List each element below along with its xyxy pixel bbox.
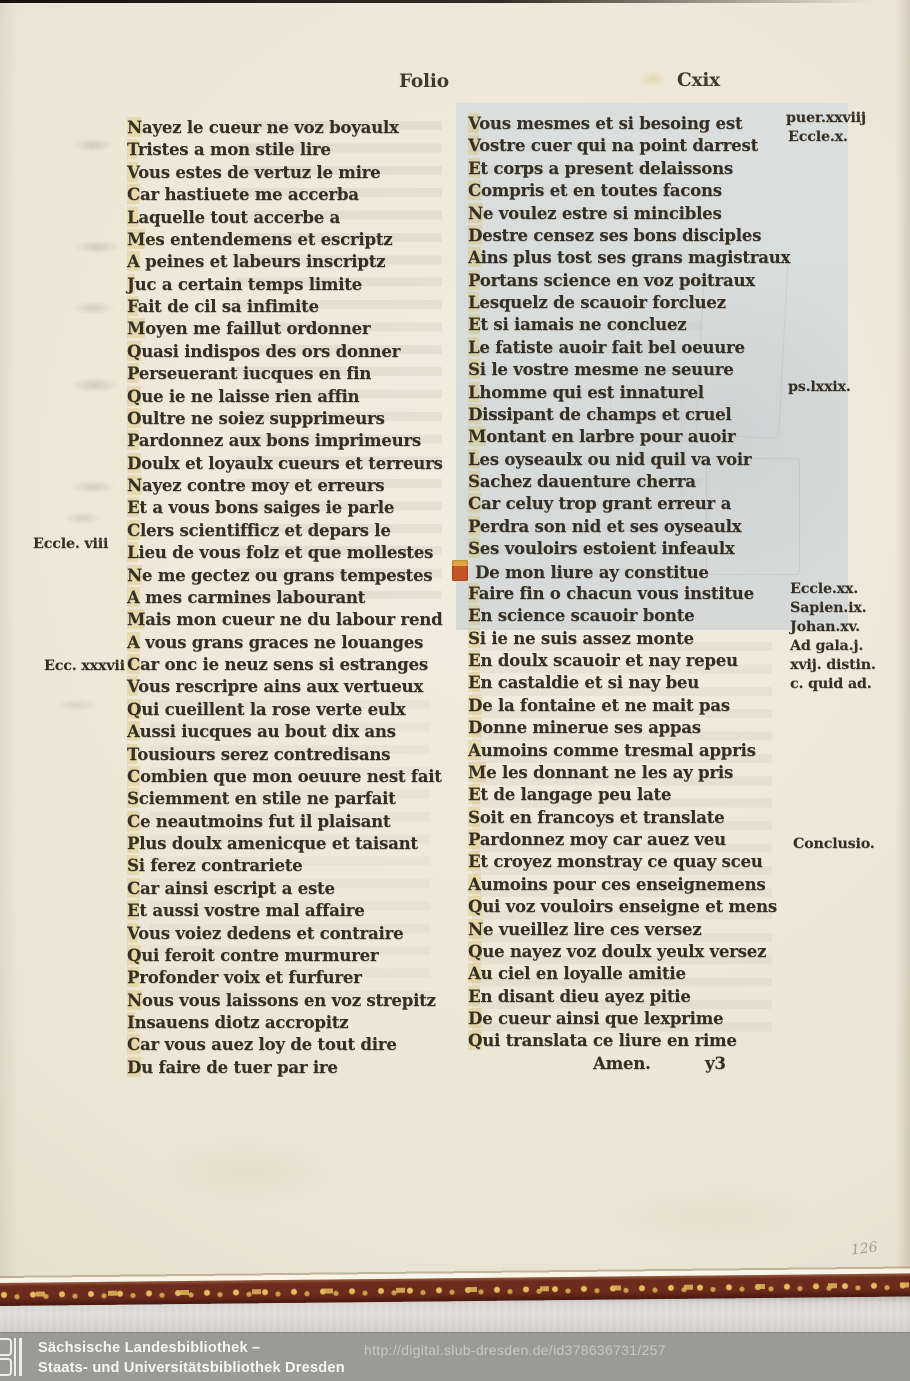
verse-line: En disant dieu ayez pitie bbox=[468, 985, 808, 1007]
verse-line: Perseuerant iucques en fin bbox=[127, 362, 462, 384]
verse-line: A peines et labeurs inscriptz bbox=[127, 250, 462, 272]
verse-line: A mes carmines labourant bbox=[127, 586, 462, 608]
verse-line: Doulx et loyaulx cueurs et terreurs bbox=[127, 452, 462, 474]
verse-line: Oultre ne soiez supprimeurs bbox=[127, 407, 462, 429]
verse-line: Lhomme qui est innaturel bbox=[468, 381, 808, 403]
verse-line: Donne minerue ses appas bbox=[468, 716, 808, 738]
quire-signature-mark: y3 bbox=[705, 1052, 726, 1074]
margin-note: Sapien.ix. bbox=[790, 600, 866, 616]
verse-line: Qui cueillent la rose verte eulx bbox=[127, 698, 462, 720]
verse-line: De cueur ainsi que lexprime bbox=[468, 1007, 808, 1029]
verse-line: Vous rescripre ains aux vertueux bbox=[127, 675, 462, 697]
verse-line: Car ainsi escript a este bbox=[127, 877, 462, 899]
verse-line: Montant en larbre pour auoir bbox=[468, 425, 808, 447]
margin-note: Eccle.xx. bbox=[790, 581, 858, 597]
verse-line: Tristes a mon stile lire bbox=[127, 138, 462, 160]
margin-note: puer.xxviij bbox=[786, 110, 866, 126]
amen-text: Amen. bbox=[593, 1052, 651, 1074]
verse-line: Ses vouloirs estoient infeaulx bbox=[468, 537, 808, 559]
verse-line: Du faire de tuer par ire bbox=[127, 1056, 462, 1078]
verse-line: Nous vous laissons en voz strepitz bbox=[127, 989, 462, 1011]
library-name-line1: Sächsische Landesbibliothek – bbox=[38, 1338, 345, 1358]
verse-line: Qui voz vouloirs enseigne et mens bbox=[468, 895, 808, 917]
verse-line: Nayez le cueur ne voz boyaulx bbox=[127, 116, 462, 138]
verse-line: Qui feroit contre murmurer bbox=[127, 944, 462, 966]
margin-note: Eccle. viii bbox=[33, 536, 108, 552]
verse-line-with-initial: De mon liure ay constitue bbox=[468, 560, 808, 582]
verse-line: Juc a certain temps limite bbox=[127, 273, 462, 295]
paper-stain bbox=[560, 1170, 860, 1260]
verse-line: Le fatiste auoir fait bel oeuure bbox=[468, 336, 808, 358]
verse-line: Les oyseaulx ou nid quil va voir bbox=[468, 448, 808, 470]
verse-line: Ne voulez estre si mincibles bbox=[468, 202, 808, 224]
verse-line: Car vous auez loy de tout dire bbox=[127, 1033, 462, 1055]
verse-line: Si le vostre mesme ne seuure bbox=[468, 358, 808, 380]
verse-line: Vous estes de vertuz le mire bbox=[127, 161, 462, 183]
verse-line: Au ciel en loyalle amitie bbox=[468, 962, 808, 984]
scan-viewer: Folio Cxix Nayez le cueur ne voz boyaulx… bbox=[0, 0, 910, 1381]
verse-line: De mon liure ay constitue bbox=[475, 562, 709, 582]
library-banner: Sächsische Landesbibliothek – Staats- un… bbox=[0, 1332, 910, 1381]
verse-line: Mes entendemens et escriptz bbox=[127, 228, 462, 250]
verse-line: Ne me gectez ou grans tempestes bbox=[127, 564, 462, 586]
verse-line: Et a vous bons saiges ie parle bbox=[127, 496, 462, 518]
verse-line: Car celuy trop grant erreur a bbox=[468, 492, 808, 514]
verse-line: Car hastiuete me accerba bbox=[127, 183, 462, 205]
margin-note: c. quid ad. bbox=[790, 676, 872, 692]
verse-line: De la fontaine et ne mait pas bbox=[468, 694, 808, 716]
running-head-folio: Folio bbox=[399, 71, 449, 92]
verse-line: Aumoins pour ces enseignemens bbox=[468, 873, 808, 895]
verse-line: Vostre cuer qui na point darrest bbox=[468, 134, 808, 156]
running-head-folio-number: Cxix bbox=[677, 70, 720, 91]
verse-line: Lieu de vous folz et que mollestes bbox=[127, 541, 462, 563]
verse-line: Insauens diotz accropitz bbox=[127, 1011, 462, 1033]
verse-line: Nayez contre moy et erreurs bbox=[127, 474, 462, 496]
verse-line: Si ie ne suis assez monte bbox=[468, 627, 808, 649]
margin-note: ps.lxxix. bbox=[788, 379, 851, 395]
verse-line: Sciemment en stile ne parfait bbox=[127, 787, 462, 809]
verse-line: En science scauoir bonte bbox=[468, 604, 808, 626]
verse-line: Fait de cil sa infimite bbox=[127, 295, 462, 317]
verse-line: Que nayez voz doulx yeulx versez bbox=[468, 940, 808, 962]
verse-line: Portans science en voz poitraux bbox=[468, 269, 808, 291]
verse-list-right-a: Vous mesmes et si besoing estVostre cuer… bbox=[468, 112, 808, 560]
margin-note: Ad gala.j. bbox=[790, 638, 863, 654]
verse-line: Quasi indispos des ors donner bbox=[127, 340, 462, 362]
verse-line: Qui translata ce liure en rime bbox=[468, 1029, 808, 1051]
verse-line: Me les donnant ne les ay pris bbox=[468, 761, 808, 783]
verse-line: Laquelle tout accerbe a bbox=[127, 206, 462, 228]
margin-note: xvij. distin. bbox=[790, 657, 876, 673]
margin-note: Eccle.x. bbox=[788, 129, 848, 145]
verse-line: Sachez dauenture cherra bbox=[468, 470, 808, 492]
verse-line: Aumoins comme tresmal appris bbox=[468, 739, 808, 761]
library-name: Sächsische Landesbibliothek – Staats- un… bbox=[38, 1338, 345, 1378]
source-url: http://digital.slub-dresden.de/id3786367… bbox=[364, 1342, 666, 1358]
verse-line: Et si iamais ne concluez bbox=[468, 313, 808, 335]
verse-line: Pardonnez moy car auez veu bbox=[468, 828, 808, 850]
margin-note: Johan.xv. bbox=[790, 619, 860, 635]
verse-line: Dissipant de champs et cruel bbox=[468, 403, 808, 425]
verse-line: Plus doulx amenicque et taisant bbox=[127, 832, 462, 854]
verse-line: Mais mon cueur ne du labour rend bbox=[127, 608, 462, 630]
verse-line: Si ferez contrariete bbox=[127, 854, 462, 876]
paper-stain bbox=[120, 1120, 380, 1220]
verse-line: Ains plus tost ses grans magistraux bbox=[468, 246, 808, 268]
paper-stain bbox=[632, 66, 674, 92]
library-name-line2: Staats- und Universitätsbibliothek Dresd… bbox=[38, 1358, 345, 1378]
verse-line: En castaldie et si nay beu bbox=[468, 671, 808, 693]
verse-list-left: Nayez le cueur ne voz boyaulxTristes a m… bbox=[127, 116, 462, 1078]
verse-line: Perdra son nid et ses oyseaulx bbox=[468, 515, 808, 537]
verse-line: Pardonnez aux bons imprimeurs bbox=[127, 429, 462, 451]
verse-line: Clers scientifficz et depars le bbox=[127, 519, 462, 541]
verse-line: Aussi iucques au bout dix ans bbox=[127, 720, 462, 742]
verse-line: En doulx scauoir et nay repeu bbox=[468, 649, 808, 671]
verse-line: Soit en francoys et translate bbox=[468, 806, 808, 828]
slub-logo-icon bbox=[0, 1338, 30, 1376]
verse-line: Profonder voix et furfurer bbox=[127, 966, 462, 988]
verse-line: Et croyez monstray ce quay sceu bbox=[468, 850, 808, 872]
verse-line: Combien que mon oeuure nest fait bbox=[127, 765, 462, 787]
verse-line: Et aussi vostre mal affaire bbox=[127, 899, 462, 921]
verse-line: A vous grans graces ne louanges bbox=[127, 631, 462, 653]
verse-list-right-b: Faire fin o chacun vous institueEn scien… bbox=[468, 582, 808, 1052]
verse-line: Destre censez ses bons disciples bbox=[468, 224, 808, 246]
verse-line: Car onc ie neuz sens si estranges bbox=[127, 653, 462, 675]
verse-line: Vous voiez dedens et contraire bbox=[127, 922, 462, 944]
verse-line: Faire fin o chacun vous institue bbox=[468, 582, 808, 604]
verse-line: Lesquelz de scauoir forcluez bbox=[468, 291, 808, 313]
verse-line: Ce neautmoins fut il plaisant bbox=[127, 810, 462, 832]
verse-line: Ne vueillez lire ces versez bbox=[468, 918, 808, 940]
verse-line: Tousiours serez contredisans bbox=[127, 743, 462, 765]
rubricated-initial-icon bbox=[452, 560, 468, 581]
verse-line: Vous mesmes et si besoing est bbox=[468, 112, 808, 134]
verse-column-right: Vous mesmes et si besoing estVostre cuer… bbox=[468, 112, 808, 1074]
verse-line: Que ie ne laisse rien affin bbox=[127, 385, 462, 407]
verse-line: Moyen me faillut ordonner bbox=[127, 317, 462, 339]
margin-note: Conclusio. bbox=[793, 836, 875, 852]
verse-line: Compris et en toutes facons bbox=[468, 179, 808, 201]
verse-line: Et corps a present delaissons bbox=[468, 157, 808, 179]
margin-note: Ecc. xxxvii bbox=[44, 658, 125, 674]
page-top-shadow bbox=[0, 0, 910, 3]
colophon-row: Amen. y3 bbox=[468, 1052, 808, 1074]
handwritten-page-number: 126 bbox=[850, 1239, 878, 1258]
verse-line: Et de langage peu late bbox=[468, 783, 808, 805]
verse-column-left: Nayez le cueur ne voz boyaulxTristes a m… bbox=[127, 116, 462, 1078]
